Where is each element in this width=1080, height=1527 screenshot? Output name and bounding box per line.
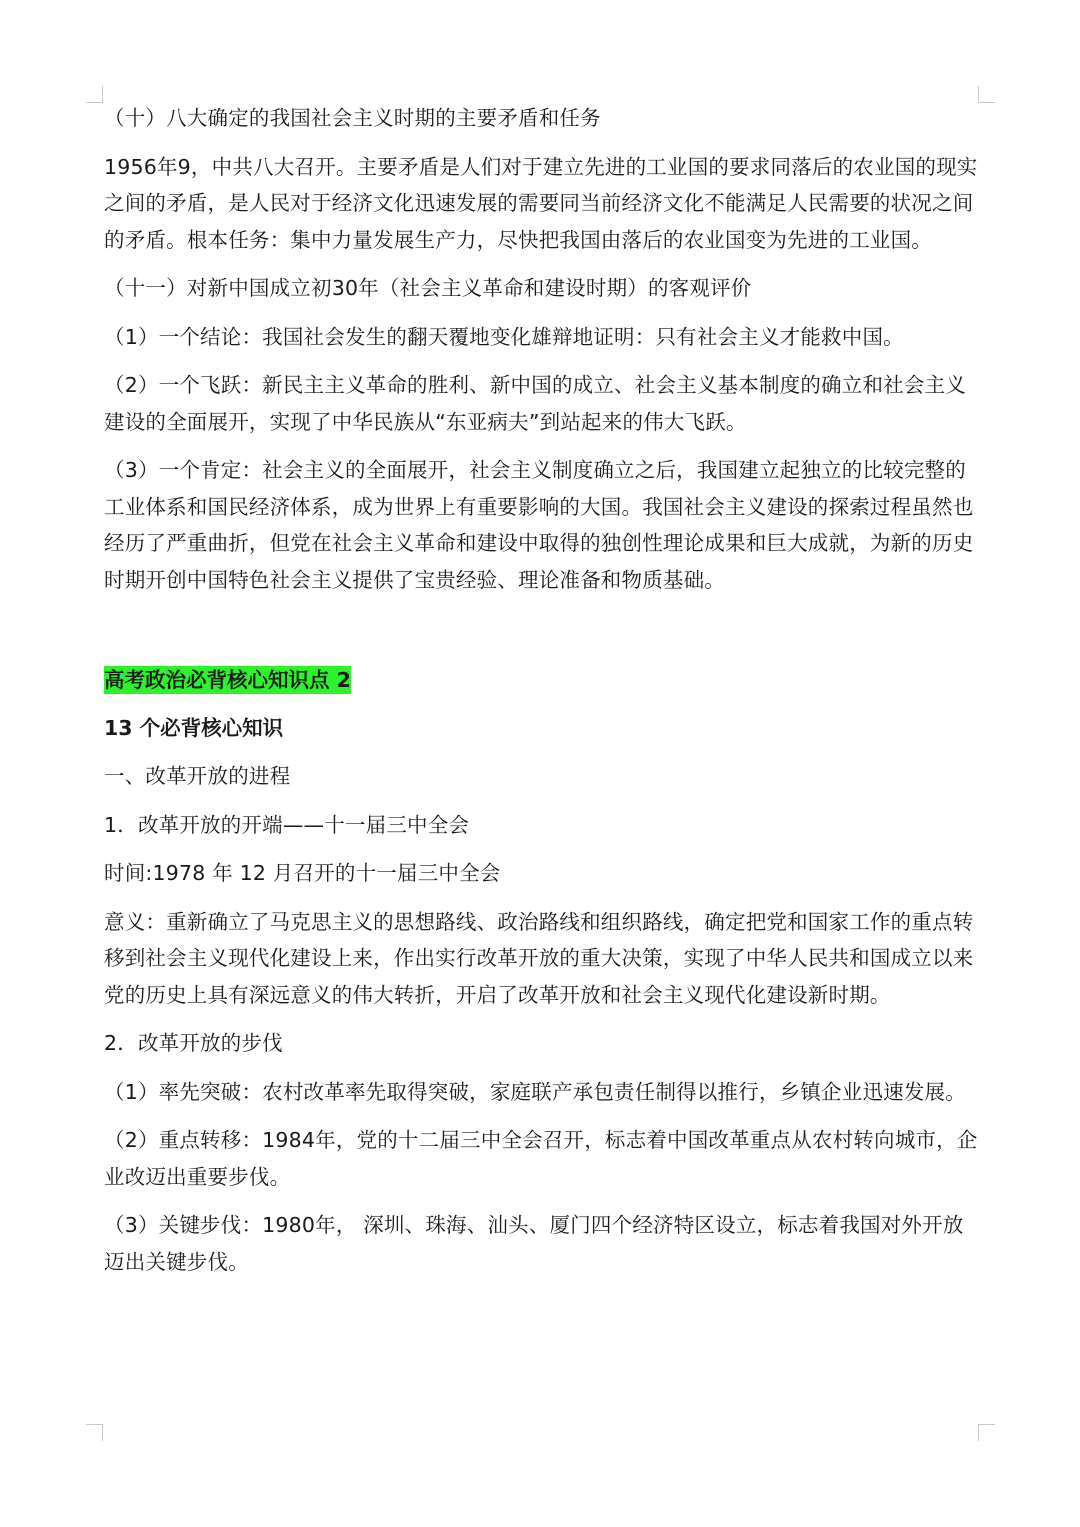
section-11-item-3: （3）一个肯定：社会主义的全面展开，社会主义制度确立之后，我国建立起独立的比较完… [104,452,984,598]
section-10-body: 1956年9，中共八大召开。主要矛盾是人们对于建立先进的工业国的要求同落后的农业… [104,149,984,259]
page-corner-mark-bottom-left [86,1424,103,1441]
item-2-title: 2．改革开放的步伐 [104,1025,984,1062]
page-corner-mark-top-left [86,86,103,103]
item-2-step-3: （3）关键步伐：1980年， 深圳、珠海、汕头、厦门四个经济特区设立，标志着我国… [104,1207,984,1280]
highlighted-title-text: 高考政治必背核心知识点 2 [104,666,351,694]
section-1-title: 一、改革开放的进程 [104,758,984,795]
section-11-item-2: （2）一个飞跃：新民主主义革命的胜利、新中国的成立、社会主义基本制度的确立和社会… [104,367,984,440]
highlighted-title: 高考政治必背核心知识点 2 [104,662,984,698]
section-11-item-1: （1）一个结论：我国社会发生的翻天覆地变化雄辩地证明：只有社会主义才能救中国。 [104,319,984,356]
item-1-time: 时间:1978 年 12 月召开的十一届三中全会 [104,855,984,892]
document-page: （十）八大确定的我国社会主义时期的主要矛盾和任务 1956年9，中共八大召开。主… [104,100,984,1280]
item-1-title: 1．改革开放的开端——十一届三中全会 [104,807,984,844]
section-10-title: （十）八大确定的我国社会主义时期的主要矛盾和任务 [104,100,984,137]
item-2-step-1: （1）率先突破：农村改革率先取得突破，家庭联产承包责任制得以推行，乡镇企业迅速发… [104,1074,984,1111]
section-11-title: （十一）对新中国成立初30年（社会主义革命和建设时期）的客观评价 [104,270,984,307]
item-2-step-2: （2）重点转移：1984年，党的十二届三中全会召开，标志着中国改革重点从农村转向… [104,1122,984,1195]
subtitle: 13 个必背核心知识 [104,710,984,746]
page-corner-mark-bottom-right [978,1424,995,1441]
item-1-meaning: 意义：重新确立了马克思主义的思想路线、政治路线和组织路线，确定把党和国家工作的重… [104,904,984,1014]
